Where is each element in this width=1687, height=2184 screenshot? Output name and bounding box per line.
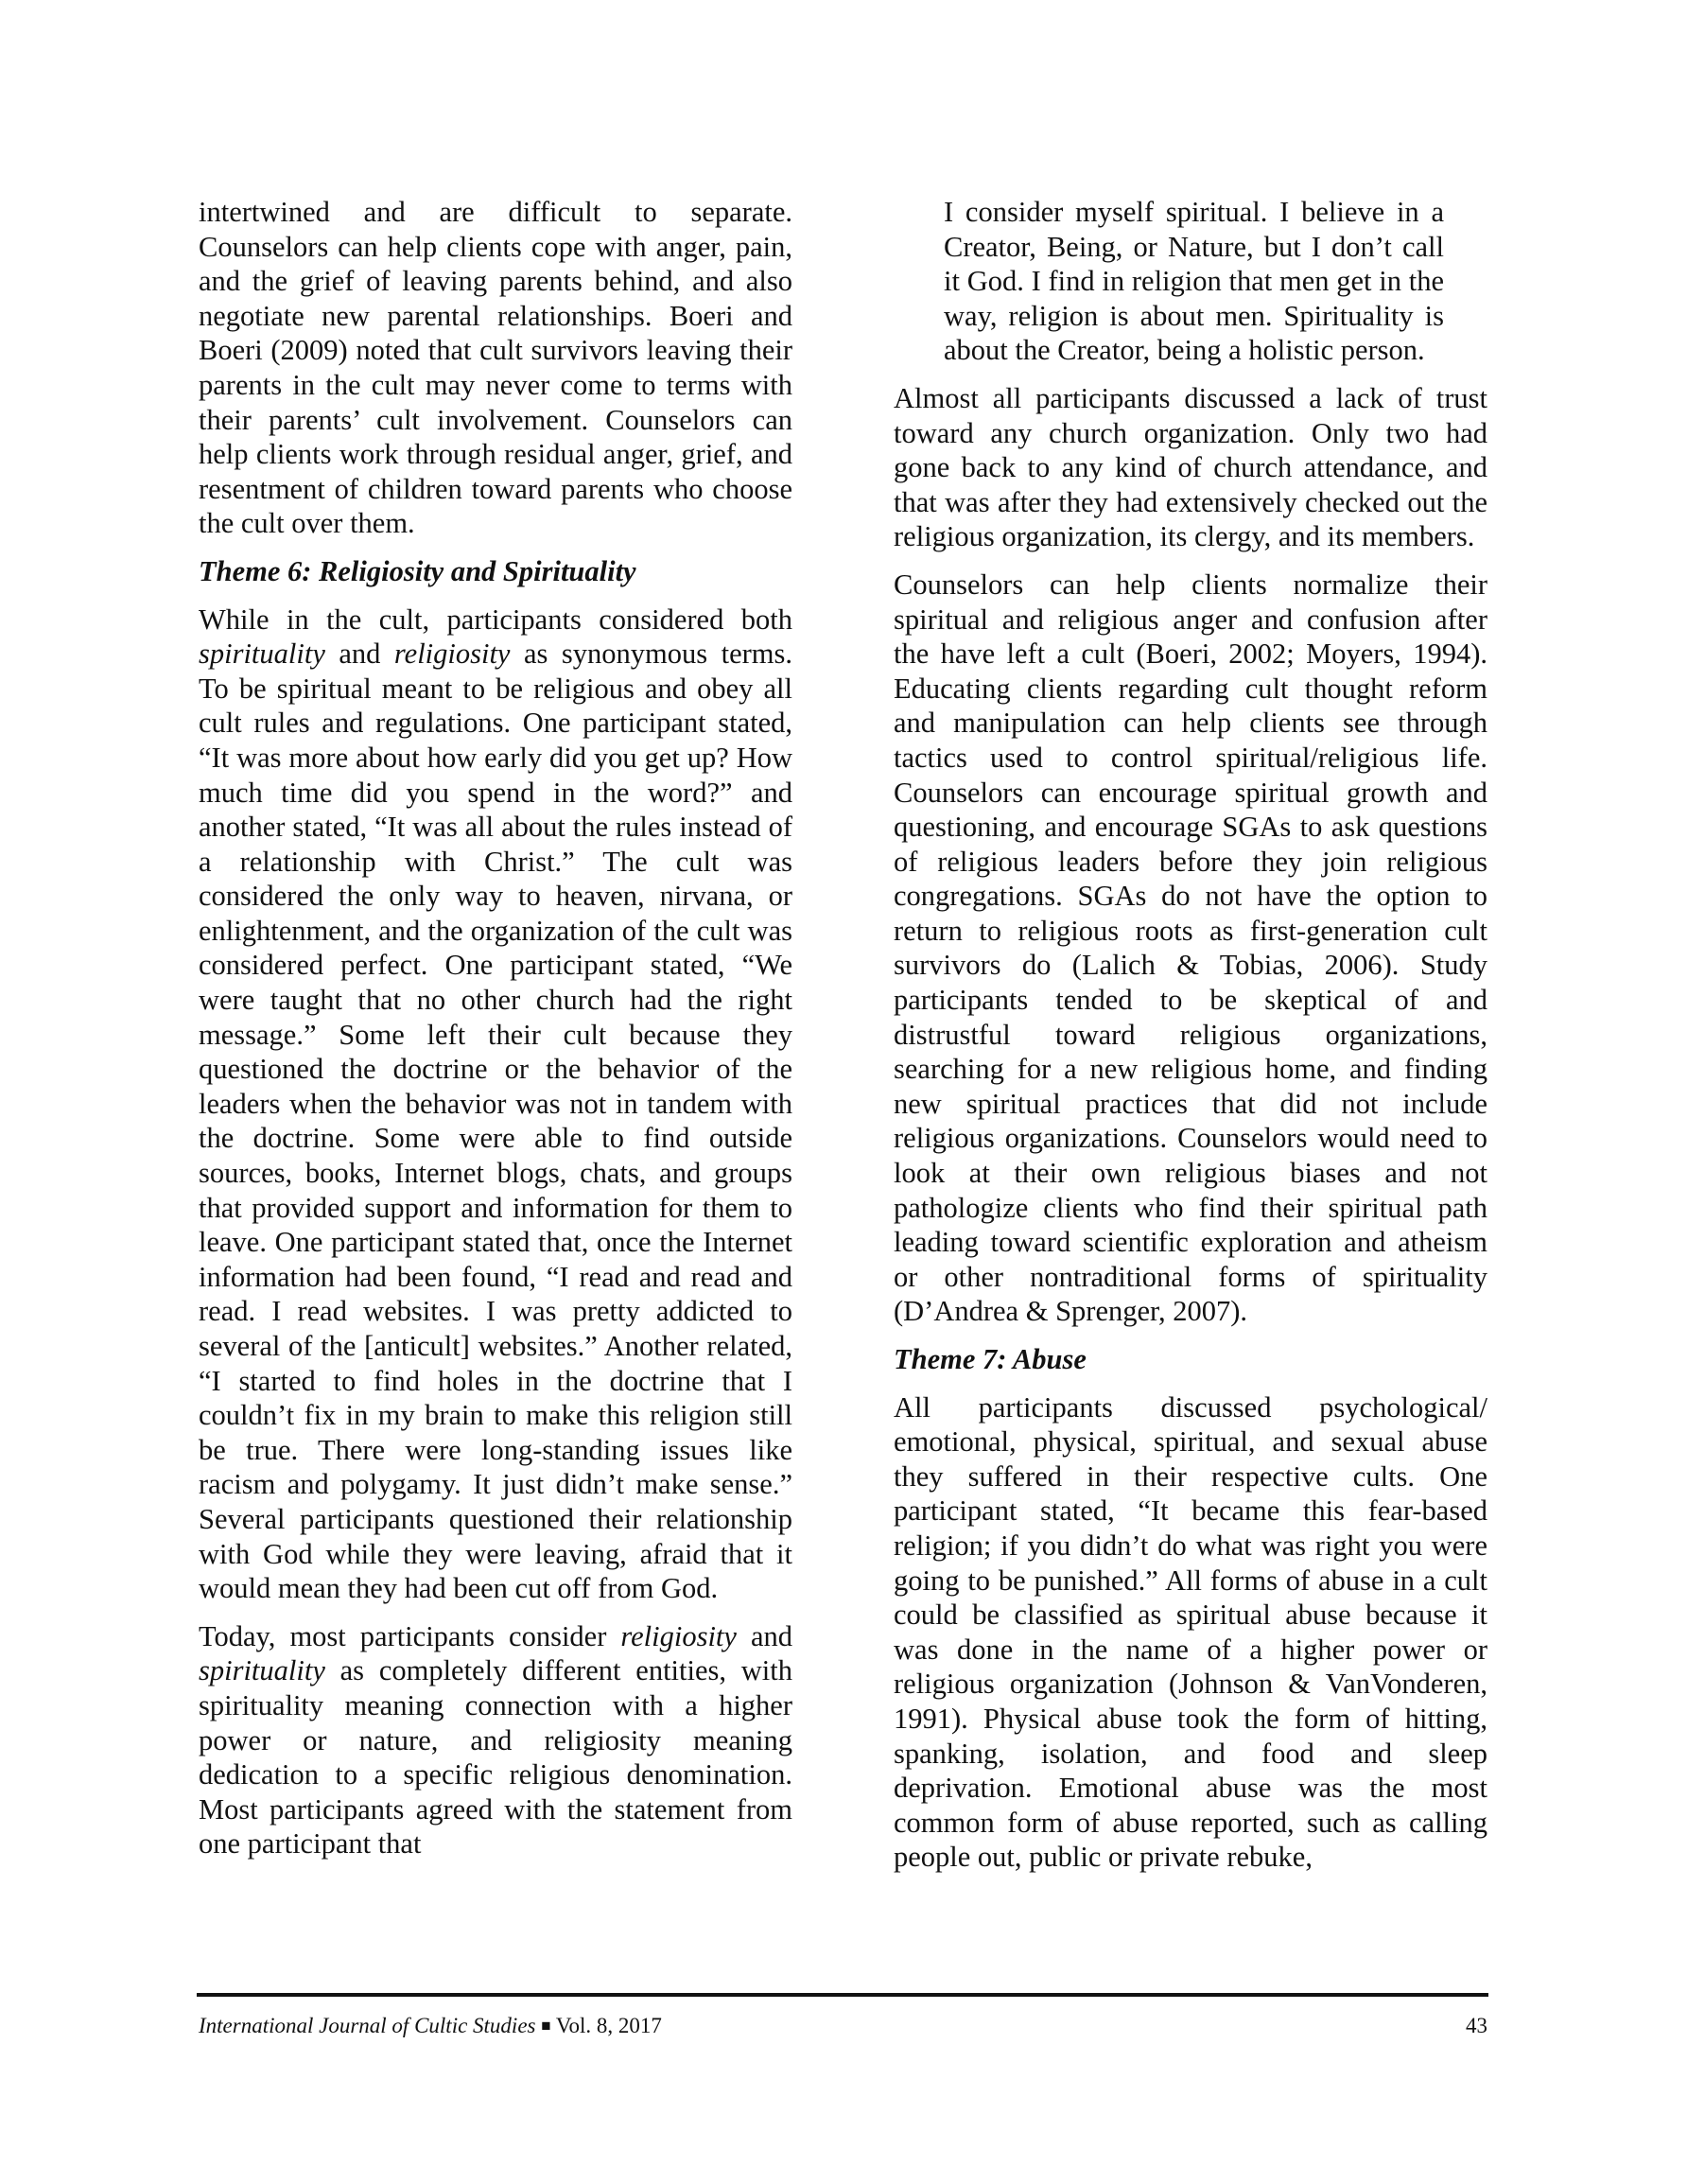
text-run: as synonymous terms. To be spiritual mea… — [199, 638, 792, 1604]
paragraph-today-views: Today, most participants consider religi… — [199, 1619, 792, 1861]
text-run: While in the cult, participants consider… — [199, 603, 792, 636]
paragraph-lack-of-trust: Almost all participants discussed a lack… — [894, 381, 1487, 554]
section-heading-theme-6: Theme 6: Religiosity and Spirituality — [199, 554, 792, 589]
emphasis-term: spirituality — [199, 1654, 325, 1686]
paragraph-abuse: All participants discussed psychological… — [894, 1390, 1487, 1875]
footer-rule — [197, 1993, 1488, 1997]
paragraph-counselor-guidance: Counselors can help clients normalize th… — [894, 568, 1487, 1329]
volume-info: Vol. 8, 2017 — [556, 2014, 662, 2037]
section-heading-theme-7: Theme 7: Abuse — [894, 1342, 1487, 1377]
page-number: 43 — [1466, 2013, 1487, 2039]
emphasis-term: spirituality — [199, 638, 325, 670]
journal-title: International Journal of Cultic Studies — [199, 2014, 535, 2037]
block-quote-participant: I consider myself spiritual. I believe i… — [944, 195, 1444, 368]
right-column: I consider myself spiritual. I believe i… — [894, 195, 1487, 1888]
text-run: and — [325, 638, 394, 670]
paragraph-parental-relationships: intertwined and are difficult to separat… — [199, 195, 792, 541]
square-separator-icon: ■ — [541, 2017, 550, 2035]
text-run: Today, most participants consider — [199, 1620, 620, 1652]
text-run: and — [737, 1620, 792, 1652]
emphasis-term: religiosity — [394, 638, 511, 670]
paragraph-cult-religiosity: While in the cult, participants consider… — [199, 603, 792, 1606]
left-column: intertwined and are difficult to separat… — [199, 195, 792, 1875]
page-footer: International Journal of Cultic Studies … — [199, 2013, 1487, 2039]
emphasis-term: religiosity — [620, 1620, 737, 1652]
